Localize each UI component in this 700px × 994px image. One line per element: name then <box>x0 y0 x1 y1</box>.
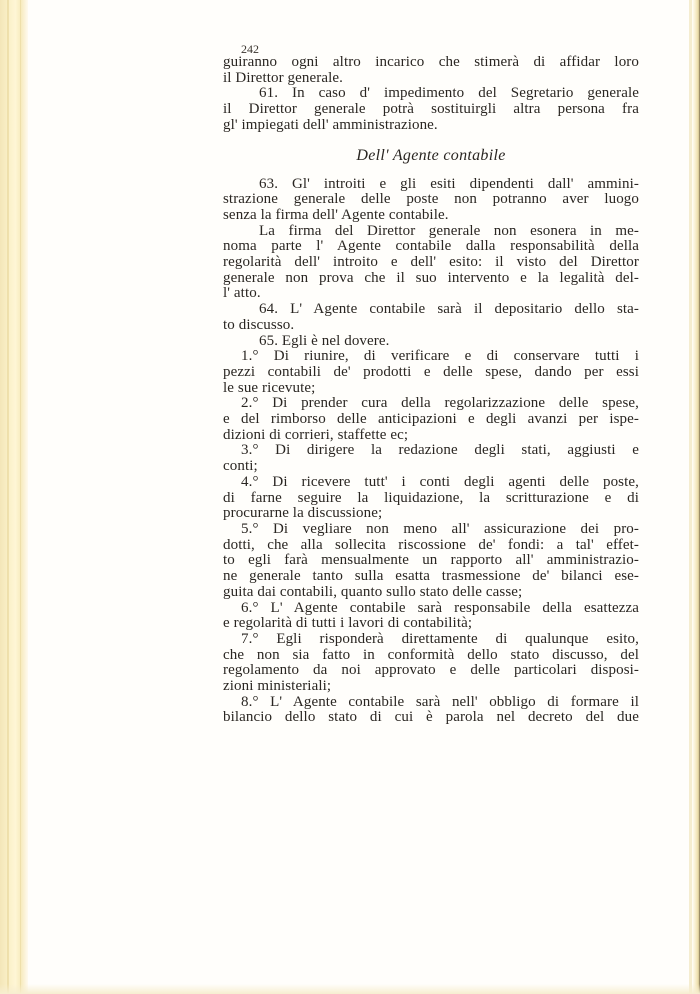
text-line: generale non prova che il suo intervento… <box>223 271 639 287</box>
text-line: regolarità dell' introito e dell' esito:… <box>223 255 639 271</box>
text-line: noma parte l' Agente contabile dalla res… <box>223 239 639 255</box>
text-line: 64. L' Agente contabile sarà il deposita… <box>259 302 639 318</box>
text-line: to egli farà mensualmente un rapporto al… <box>223 553 639 569</box>
text-line: il Direttor generale potrà sostituirgli … <box>223 102 639 118</box>
right-page-edge <box>692 0 700 994</box>
text-line: l' atto. <box>223 286 639 302</box>
text-line: 3.° Di dirigere la redazione degli stati… <box>241 443 639 459</box>
text-line: 8.° L' Agente contabile sarà nell' obbli… <box>241 695 639 711</box>
page-text-body: guiranno ogni altro incarico che stimerà… <box>223 55 639 726</box>
text-line: pezzi contabili de' prodotti e delle spe… <box>223 365 639 381</box>
text-line: e del rimborso delle anticipazioni e deg… <box>223 412 639 428</box>
book-binding-edge <box>0 0 28 994</box>
scanned-page: 242 guiranno ogni altro incarico che sti… <box>223 43 639 726</box>
text-line: senza la firma dell' Agente contabile. <box>223 208 639 224</box>
text-line: procurarne la discussione; <box>223 506 639 522</box>
text-line: 4.° Di ricevere tutt' i conti degli agen… <box>241 475 639 491</box>
text-line: gl' impiegati dell' amministrazione. <box>223 118 639 134</box>
text-line: ne generale tanto sulla esatta trasmessi… <box>223 569 639 585</box>
text-line: conti; <box>223 459 639 475</box>
section-heading: Dell' Agente contabile <box>223 146 639 166</box>
text-line: to discusso. <box>223 318 639 334</box>
text-line: che non sia fatto in conformità dello st… <box>223 648 639 664</box>
text-line: strazione generale delle poste non potra… <box>223 192 639 208</box>
text-line: e regolarità di tutti i lavori di contab… <box>223 616 639 632</box>
text-line: 61. In caso d' impedimento del Segretari… <box>259 86 639 102</box>
text-line: bilancio dello stato di cui è parola nel… <box>223 710 639 726</box>
text-line: dizioni di corrieri, staffette ec; <box>223 428 639 444</box>
text-line: 5.° Di vegliare non meno all' assicurazi… <box>241 522 639 538</box>
text-line: le sue ricevute; <box>223 381 639 397</box>
text-line: 6.° L' Agente contabile sarà responsabil… <box>241 601 639 617</box>
text-line: 7.° Egli risponderà direttamente di qual… <box>241 632 639 648</box>
text-line: guiranno ogni altro incarico che stimerà… <box>223 55 639 71</box>
text-line: guita dai contabili, quanto sullo stato … <box>223 585 639 601</box>
text-line: 2.° Di prender cura della regolarizzazio… <box>241 396 639 412</box>
text-line: di farne seguire la liquidazione, la scr… <box>223 491 639 507</box>
text-line: 65. Egli è nel dovere. <box>259 334 639 350</box>
text-line: zioni ministeriali; <box>223 679 639 695</box>
text-line: regolamento da noi approvato e delle par… <box>223 663 639 679</box>
text-line: La firma del Direttor generale non esone… <box>259 224 639 240</box>
text-line: dotti, che alla sollecita riscossione de… <box>223 538 639 554</box>
text-line: 63. Gl' introiti e gli esiti dipendenti … <box>259 177 639 193</box>
text-line: il Direttor generale. <box>223 71 639 87</box>
text-line: 1.° Di riunire, di verificare e di conse… <box>241 349 639 365</box>
bottom-page-edge <box>0 984 700 994</box>
